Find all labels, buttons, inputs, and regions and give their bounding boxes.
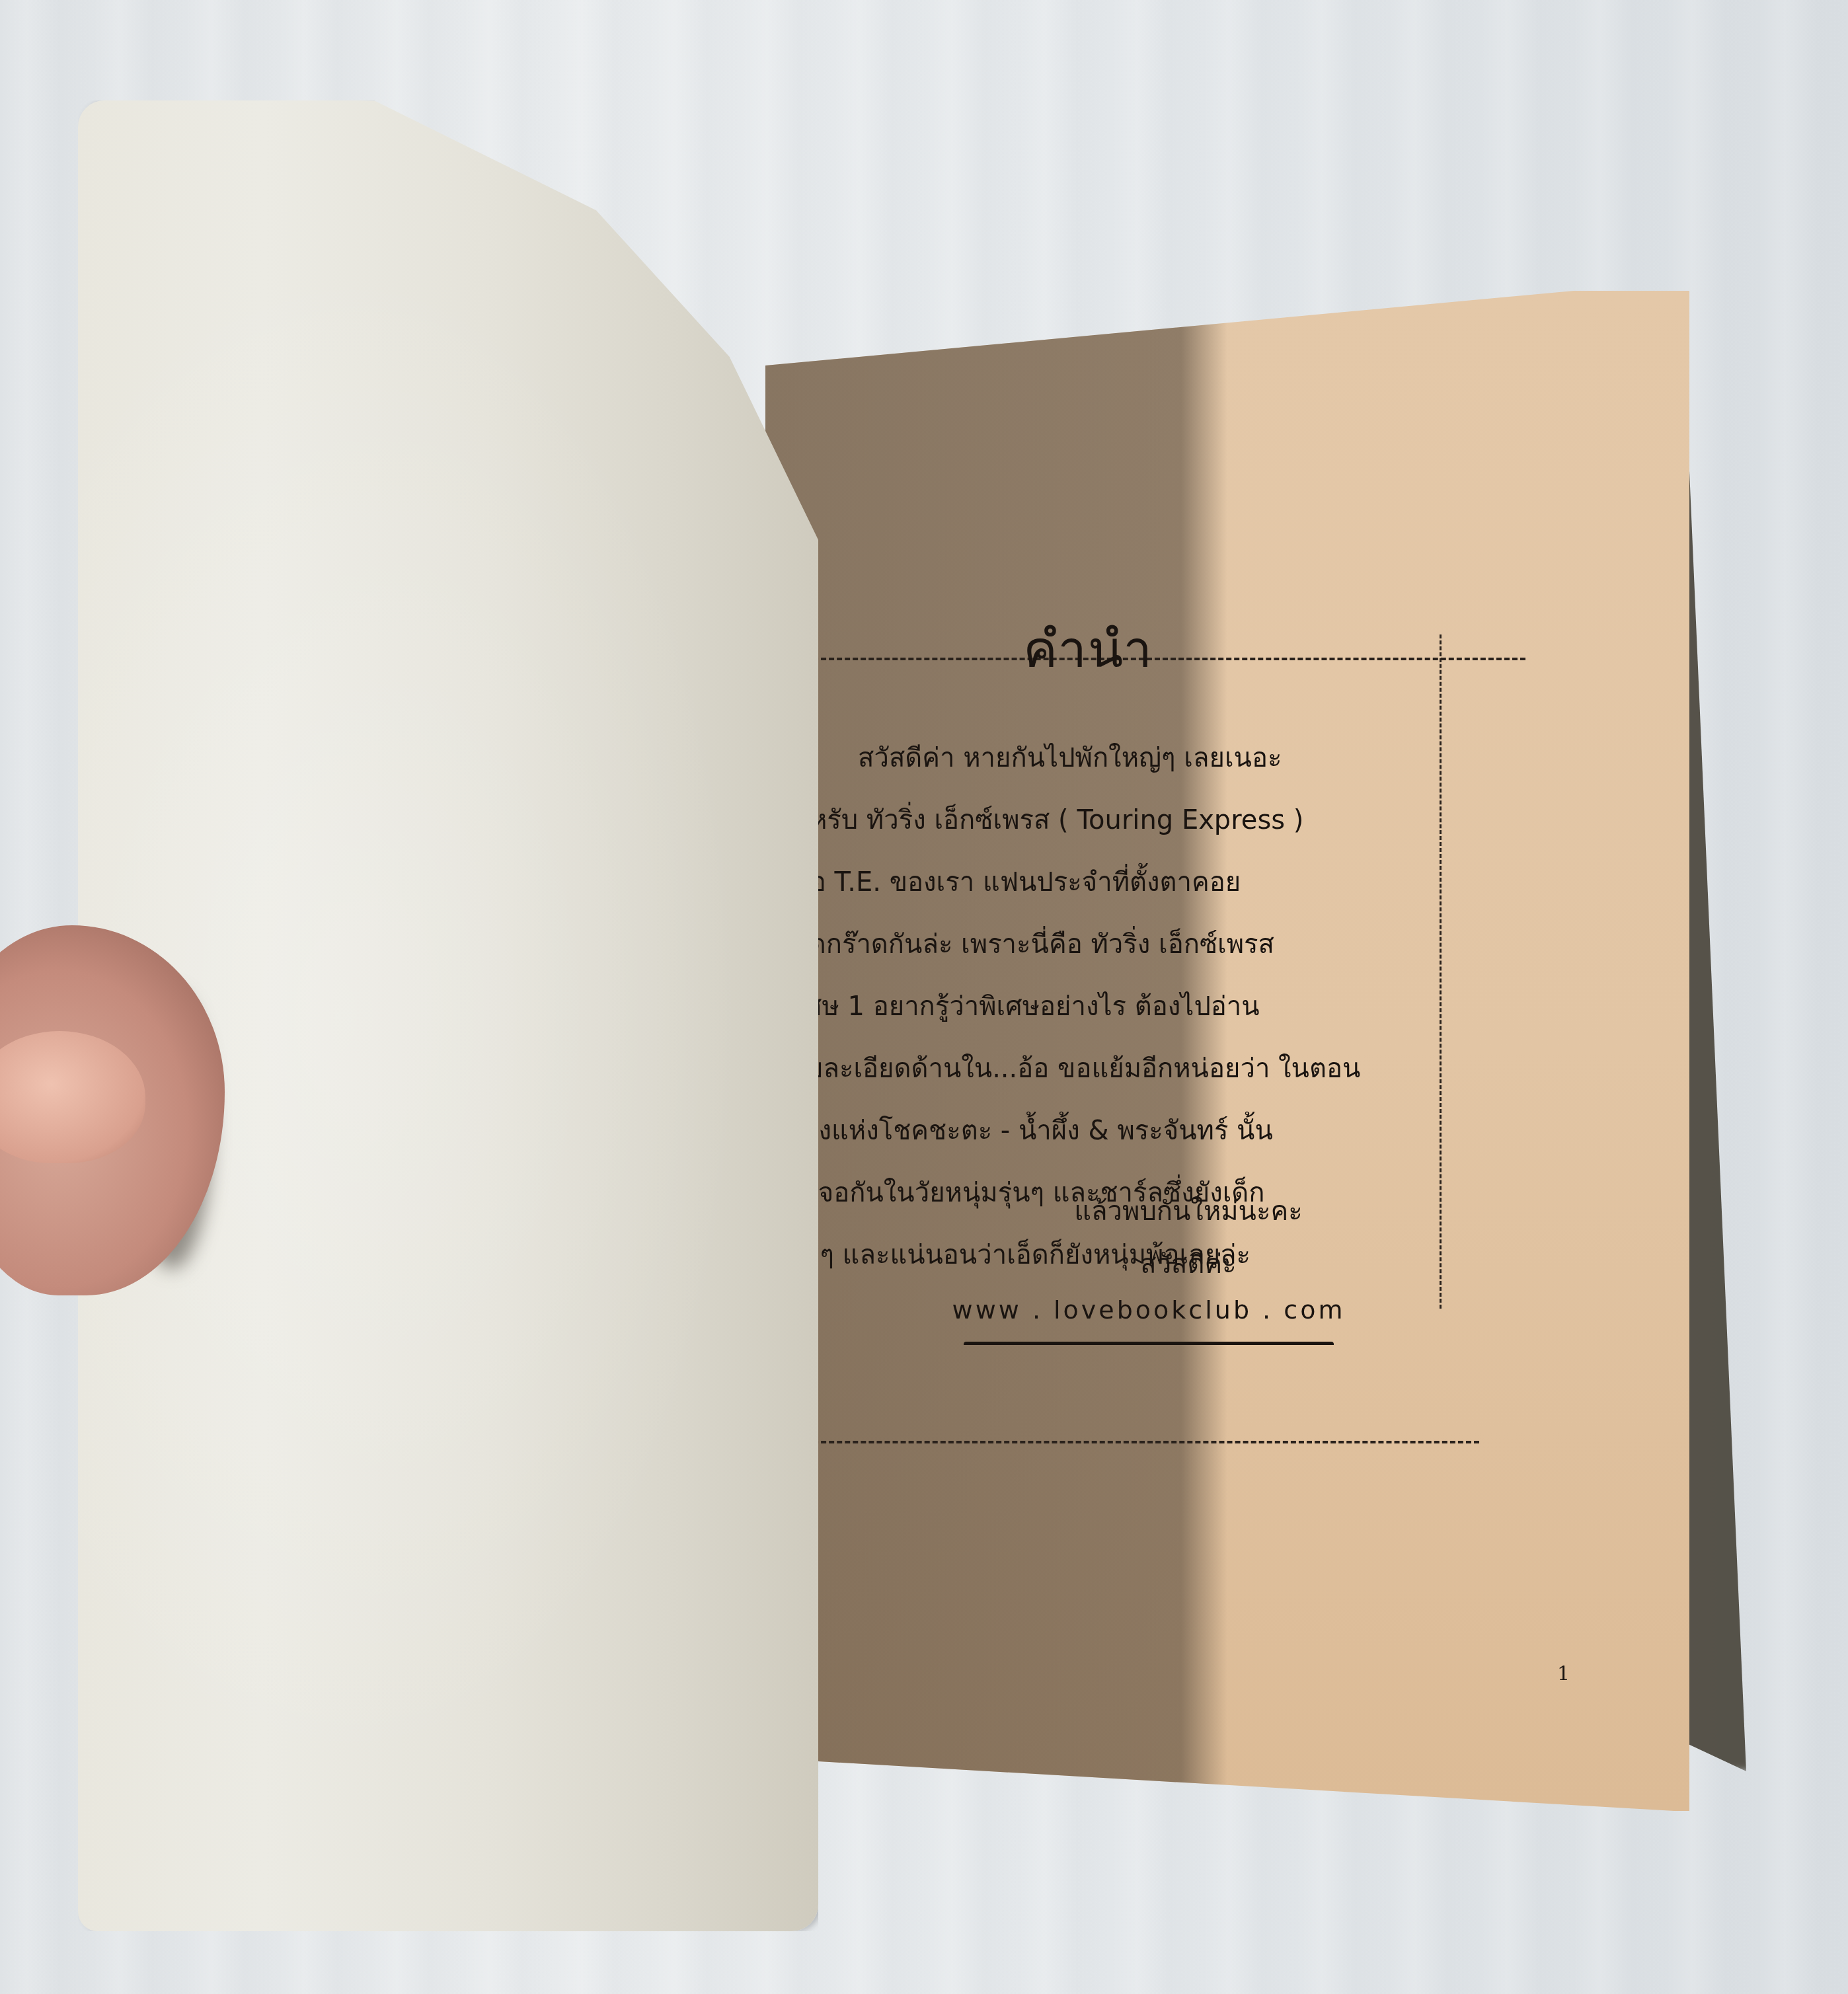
preface-line: สำหรับ ทัวริ่ง เอ็กซ์เพรส ( Touring Expr… (779, 789, 1453, 851)
preface-line: พิเศษ 1 อยากรู้ว่าพิเศษอย่างไร ต้องไปอ่า… (779, 976, 1453, 1038)
page-content: คำนำ สวัสดีค่า หายกันไปพักใหญ่ๆ เลยเนอะ … (765, 291, 1519, 1791)
page-number: 1 (1557, 1662, 1570, 1685)
preface-heading: คำนำ (1023, 608, 1153, 690)
decorative-frame-top (805, 658, 1525, 664)
closing-website: www . lovebookclub . com (884, 1295, 1413, 1335)
preface-line: สวัสดีค่า หายกันไปพักใหญ่ๆ เลยเนอะ (779, 727, 1453, 789)
preface-line: หรือ T.E. ของเรา แฟนประจำที่ตั้งตาคอย (779, 851, 1453, 913)
closing-greeting: สวัสดีค่ะ (884, 1243, 1413, 1295)
decorative-frame-bottom (805, 1441, 1479, 1446)
preface-page: คำนำ สวัสดีค่า หายกันไปพักใหญ่ๆ เลยเนอะ … (765, 291, 1689, 1811)
preface-line: หญิงแห่งโชคชะตะ - น้ำผึ้ง & พระจันทร์ นั… (779, 1100, 1453, 1162)
website-underline (964, 1342, 1334, 1348)
preface-line: รายละเอียดด้านใน...อ้อ ขอแย้มอีกหน่อยว่า… (779, 1038, 1453, 1100)
preface-closing: แล้วพบกันใหม่นะคะ สวัสดีค่ะ www . lovebo… (884, 1190, 1413, 1348)
closing-see-you: แล้วพบกันใหม่นะคะ (884, 1190, 1413, 1243)
preface-line: กรี๊ดกร๊าดกันล่ะ เพราะนี่คือ ทัวริ่ง เอ็… (779, 913, 1453, 976)
